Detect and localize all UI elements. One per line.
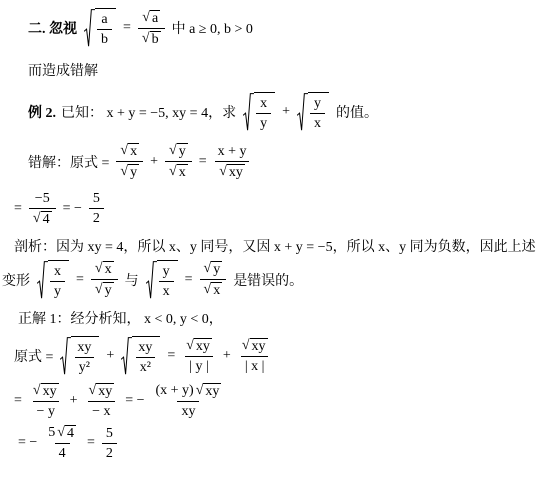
denominator: y	[256, 113, 271, 132]
sqrt-inline: √a	[142, 10, 160, 27]
denominator: 2	[89, 208, 104, 227]
denominator: − x	[88, 401, 114, 420]
sqrt-expression: x y	[37, 260, 69, 300]
formula-line-5: = −5 √4 = − 5 2	[14, 190, 553, 228]
sqrt-expression: xy y²	[60, 336, 99, 376]
sqrt-inline: √xy	[219, 164, 245, 181]
equals-sign: =	[185, 272, 193, 288]
fraction: √x √y	[91, 260, 118, 299]
sqrt-inline: √b	[142, 31, 161, 48]
numerator: y	[159, 263, 174, 281]
radical-sign-icon	[146, 260, 157, 300]
fraction: 5 √4 4	[44, 424, 80, 462]
numerator: a	[97, 11, 111, 29]
sqrt-inline: √xy	[242, 338, 268, 355]
sqrt-inline: √y	[95, 282, 114, 299]
factor-text: 5	[48, 425, 55, 441]
equals-sign: =	[14, 201, 22, 217]
radical-sign: √	[120, 164, 128, 180]
formula-line-1: 二. 忽视 a b = √a √b 中 a ≥ 0, b > 0	[28, 8, 553, 48]
sqrt-inline: √xy	[33, 383, 59, 400]
given-text: 已知： x + y = −5, xy = 4，求	[61, 102, 236, 122]
sqrt-expression: a b	[84, 8, 116, 48]
fraction: xy x²	[134, 339, 156, 376]
numerator: √xy	[85, 382, 119, 401]
plus-sign: +	[70, 393, 78, 409]
math-document: 二. 忽视 a b = √a √b 中 a ≥ 0, b > 0 而造成错解 例…	[0, 0, 555, 463]
radicand: xy x²	[132, 336, 160, 376]
numerator: xy	[134, 339, 156, 357]
numerator: √y	[165, 142, 192, 161]
fraction: √y √x	[165, 142, 192, 181]
conclusion-text: 而造成错解	[28, 60, 98, 80]
denominator: y	[50, 281, 65, 300]
factor-text: (x + y)	[155, 383, 193, 399]
fraction: √xy − x	[85, 382, 119, 420]
sqrt-expression: x y	[243, 92, 275, 132]
denominator: √y	[116, 161, 143, 181]
equals-minus-sign: = −	[63, 201, 82, 217]
denominator: | y |	[185, 356, 213, 375]
fraction: √xy − y	[29, 382, 63, 420]
fraction: y x	[310, 95, 325, 132]
radicand: x y	[254, 92, 275, 132]
fraction: a b	[97, 11, 112, 48]
denominator: 2	[102, 443, 117, 462]
numerator: √x	[91, 260, 118, 279]
numerator: √xy	[29, 382, 63, 401]
formula-line-2: 而造成错解	[28, 60, 553, 80]
equals-minus-sign: = −	[18, 435, 37, 451]
transform-label: 变形	[2, 270, 30, 290]
formula-line-7: 变形 x y = √x √y 与 y x	[2, 260, 553, 300]
numerator: x	[50, 263, 65, 281]
formula-line-6: 剖析：因为 xy = 4，所以 x、y 同号，又因 x + y = −5，所以 …	[14, 236, 553, 256]
denominator: x	[310, 113, 325, 132]
denominator: | x |	[241, 356, 269, 375]
plus-sign: +	[150, 154, 158, 170]
numerator: √x	[116, 142, 143, 161]
radical-sign: √	[242, 338, 250, 354]
denominator: x	[159, 281, 174, 300]
sqrt-inline: √x	[204, 282, 223, 299]
formula-line-10: = √xy − y + √xy − x = − (x + y) √xy xy	[14, 382, 553, 420]
sqrt-inline: √x	[95, 261, 114, 278]
sqrt-expression: y x	[146, 260, 178, 300]
radicand: x y	[48, 260, 69, 300]
formula-line-8: 正解 1：经分析知， x < 0, y < 0，	[18, 308, 553, 328]
sqrt-inline: √x	[120, 143, 139, 160]
example-heading: 例 2.	[28, 102, 56, 122]
equals-sign: =	[87, 435, 95, 451]
numerator: y	[310, 95, 325, 113]
denominator: √x	[200, 279, 227, 299]
numerator: √xy	[238, 337, 272, 356]
formula-line-3: 例 2. 已知： x + y = −5, xy = 4，求 x y + y x	[28, 92, 553, 132]
radicand: xy y²	[71, 336, 99, 376]
radical-sign-icon	[84, 8, 95, 48]
fraction: x y	[256, 95, 271, 132]
radical-sign: √	[33, 211, 41, 227]
expression-label: 原式 =	[14, 346, 53, 366]
denominator: √4	[29, 208, 56, 228]
and-text: 与	[125, 270, 139, 290]
equals-sign: =	[123, 20, 131, 36]
section-heading: 二. 忽视	[28, 18, 77, 38]
numerator: √xy	[182, 337, 216, 356]
denominator: √xy	[215, 161, 249, 181]
fraction: −5 √4	[29, 190, 56, 228]
radical-sign: √	[219, 164, 227, 180]
numerator: 5	[102, 425, 117, 443]
sqrt-inline: √xy	[186, 338, 212, 355]
numerator: √y	[200, 260, 227, 279]
radical-sign: √	[186, 338, 194, 354]
fraction: √a √b	[138, 9, 165, 48]
radicand: y x	[157, 260, 178, 300]
radical-sign: √	[196, 383, 204, 399]
radical-sign: √	[142, 10, 150, 26]
numerator: xy	[73, 339, 95, 357]
equals-sign: =	[14, 393, 22, 409]
formula-line-4: 错解：原式 = √x √y + √y √x = x + y √xy	[28, 142, 553, 181]
numerator: x + y	[214, 143, 251, 161]
radicand: a b	[95, 8, 116, 48]
radical-sign: √	[204, 261, 212, 277]
denominator: − y	[33, 401, 59, 420]
radical-sign-icon	[297, 92, 308, 132]
radical-sign-icon	[243, 92, 254, 132]
formula-line-11: = − 5 √4 4 = 5 2	[18, 424, 553, 462]
denominator: √x	[165, 161, 192, 181]
formula-line-9: 原式 = xy y² + xy x² =	[14, 336, 553, 376]
question-text: 的值。	[336, 102, 378, 122]
radical-sign: √	[169, 164, 177, 180]
fraction: 5 2	[89, 190, 104, 227]
denominator: 4	[55, 443, 70, 462]
radical-sign: √	[169, 143, 177, 159]
radicand: y x	[308, 92, 329, 132]
condition-text: 中 a ≥ 0, b > 0	[172, 18, 253, 38]
fraction: √xy | y |	[182, 337, 216, 375]
radical-sign: √	[33, 383, 41, 399]
sqrt-inline: √xy	[89, 383, 115, 400]
denominator: √b	[138, 28, 165, 48]
denominator: x²	[136, 357, 155, 376]
numerator: √a	[138, 9, 164, 28]
radical-sign: √	[142, 31, 150, 47]
plus-sign: +	[282, 104, 290, 120]
numerator: 5	[89, 190, 104, 208]
numerator: (x + y) √xy	[151, 382, 225, 401]
radical-sign-icon	[60, 336, 71, 376]
equals-minus-sign: = −	[125, 393, 144, 409]
correct-solution-label: 正解 1：经分析知， x < 0, y < 0，	[18, 308, 223, 328]
radical-sign: √	[120, 143, 128, 159]
wrong-solution-label: 错解：原式 =	[28, 152, 109, 172]
fraction: √x √y	[116, 142, 143, 181]
radical-sign-icon	[37, 260, 48, 300]
sqrt-inline: √y	[120, 164, 139, 181]
numerator: x	[256, 95, 271, 113]
fraction: x + y √xy	[214, 143, 251, 181]
numerator: 5 √4	[44, 424, 80, 443]
fraction: x y	[50, 263, 65, 300]
sqrt-inline: √4	[57, 425, 76, 442]
denominator: b	[97, 29, 112, 48]
equals-sign: =	[199, 154, 207, 170]
sqrt-expression: y x	[297, 92, 329, 132]
radical-sign: √	[95, 261, 103, 277]
fraction: √y √x	[200, 260, 227, 299]
fraction: (x + y) √xy xy	[151, 382, 225, 420]
radical-sign: √	[89, 383, 97, 399]
radical-sign: √	[95, 282, 103, 298]
fraction: xy y²	[73, 339, 95, 376]
equals-sign: =	[76, 272, 84, 288]
radical-sign: √	[57, 425, 65, 441]
denominator: xy	[177, 401, 199, 420]
sqrt-inline: √4	[33, 211, 52, 228]
fraction: y x	[159, 263, 174, 300]
sqrt-inline: √x	[169, 164, 188, 181]
denominator: y²	[75, 357, 94, 376]
sqrt-inline: √y	[169, 143, 188, 160]
denominator: √y	[91, 279, 118, 299]
numerator: −5	[31, 190, 54, 208]
plus-sign: +	[106, 348, 114, 364]
fraction: 5 2	[102, 425, 117, 462]
plus-sign: +	[223, 348, 231, 364]
radical-sign-icon	[121, 336, 132, 376]
analysis-text: 剖析：因为 xy = 4，所以 x、y 同号，又因 x + y = −5，所以 …	[14, 236, 536, 256]
fraction: √xy | x |	[238, 337, 272, 375]
radical-sign: √	[204, 282, 212, 298]
sqrt-inline: √xy	[196, 383, 222, 400]
sqrt-inline: √y	[204, 261, 223, 278]
sqrt-expression: xy x²	[121, 336, 160, 376]
wrong-statement-text: 是错误的。	[233, 270, 303, 290]
equals-sign: =	[167, 348, 175, 364]
